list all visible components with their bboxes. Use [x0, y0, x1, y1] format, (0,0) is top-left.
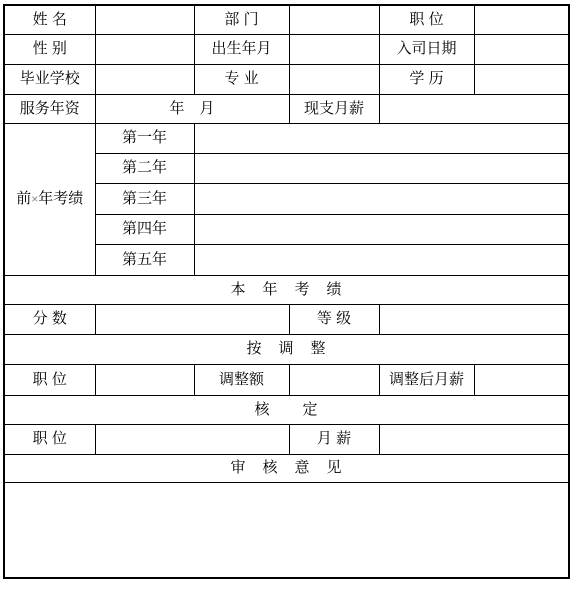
adjust-amount-input-cell[interactable]	[289, 364, 379, 395]
prev-label-suffix: 年考绩	[38, 190, 83, 207]
approval-header: 核 定	[4, 395, 569, 424]
row-basic-2: 性 别 出生年月 入司日期	[4, 34, 569, 64]
name-label: 姓 名	[4, 5, 95, 34]
employee-appraisal-form-table: 姓 名 部 门 职 位 性 别 出生年月 入司日期 毕业学校 专 业 学 历 服…	[3, 4, 570, 579]
approved-position-input-cell[interactable]	[95, 424, 289, 454]
row-service: 服务年资 年 月 现支月薪	[4, 94, 569, 123]
adjustment-header: 按 调 整	[4, 334, 569, 364]
join-date-input-cell[interactable]	[474, 34, 569, 64]
year-1-label: 第一年	[95, 123, 194, 153]
row-review-area	[4, 482, 569, 578]
adjust-amount-label: 调整额	[194, 364, 289, 395]
education-input-cell[interactable]	[474, 64, 569, 94]
year-4-rating-cell[interactable]	[194, 214, 569, 244]
monthly-salary-input-cell[interactable]	[379, 424, 569, 454]
join-date-label: 入司日期	[379, 34, 474, 64]
row-prev-year-1: 前×年考绩 第一年	[4, 123, 569, 153]
year-5-rating-cell[interactable]	[194, 244, 569, 275]
year-2-rating-cell[interactable]	[194, 153, 569, 183]
position-input-cell[interactable]	[474, 5, 569, 34]
service-duration-cell[interactable]: 年 月	[95, 94, 289, 123]
score-input-cell[interactable]	[95, 304, 289, 334]
row-adjustment-header: 按 调 整	[4, 334, 569, 364]
adjusted-salary-label: 调整后月薪	[379, 364, 474, 395]
row-basic-3: 毕业学校 专 业 学 历	[4, 64, 569, 94]
row-this-year-header: 本 年 考 绩	[4, 275, 569, 304]
department-input-cell[interactable]	[289, 5, 379, 34]
current-salary-label: 现支月薪	[289, 94, 379, 123]
row-basic-1: 姓 名 部 门 职 位	[4, 5, 569, 34]
birth-date-input-cell[interactable]	[289, 34, 379, 64]
year-3-label: 第三年	[95, 183, 194, 214]
this-year-rating-header: 本 年 考 绩	[4, 275, 569, 304]
major-label: 专 业	[194, 64, 289, 94]
year-4-label: 第四年	[95, 214, 194, 244]
year-5-label: 第五年	[95, 244, 194, 275]
approved-position-label: 职 位	[4, 424, 95, 454]
name-input-cell[interactable]	[95, 5, 194, 34]
row-approval: 职 位 月 薪	[4, 424, 569, 454]
service-years-label: 服务年资	[4, 94, 95, 123]
row-review-header: 审 核 意 见	[4, 454, 569, 482]
prev-years-rating-label: 前×年考绩	[4, 123, 95, 275]
adjust-position-input-cell[interactable]	[95, 364, 194, 395]
row-score-grade: 分 数 等 级	[4, 304, 569, 334]
major-input-cell[interactable]	[289, 64, 379, 94]
education-label: 学 历	[379, 64, 474, 94]
grade-label: 等 级	[289, 304, 379, 334]
gender-input-cell[interactable]	[95, 34, 194, 64]
year-2-label: 第二年	[95, 153, 194, 183]
score-label: 分 数	[4, 304, 95, 334]
review-opinion-header: 审 核 意 见	[4, 454, 569, 482]
prev-label-prefix: 前	[16, 190, 31, 207]
birth-date-label: 出生年月	[194, 34, 289, 64]
school-label: 毕业学校	[4, 64, 95, 94]
gender-label: 性 别	[4, 34, 95, 64]
grade-input-cell[interactable]	[379, 304, 569, 334]
position-label: 职 位	[379, 5, 474, 34]
department-label: 部 门	[194, 5, 289, 34]
adjusted-salary-input-cell[interactable]	[474, 364, 569, 395]
review-comments-cell[interactable]	[4, 482, 569, 578]
year-3-rating-cell[interactable]	[194, 183, 569, 214]
year-1-rating-cell[interactable]	[194, 123, 569, 153]
adjust-position-label: 职 位	[4, 364, 95, 395]
row-adjustment: 职 位 调整额 调整后月薪	[4, 364, 569, 395]
school-input-cell[interactable]	[95, 64, 194, 94]
monthly-salary-label: 月 薪	[289, 424, 379, 454]
row-approval-header: 核 定	[4, 395, 569, 424]
current-salary-input-cell[interactable]	[379, 94, 569, 123]
